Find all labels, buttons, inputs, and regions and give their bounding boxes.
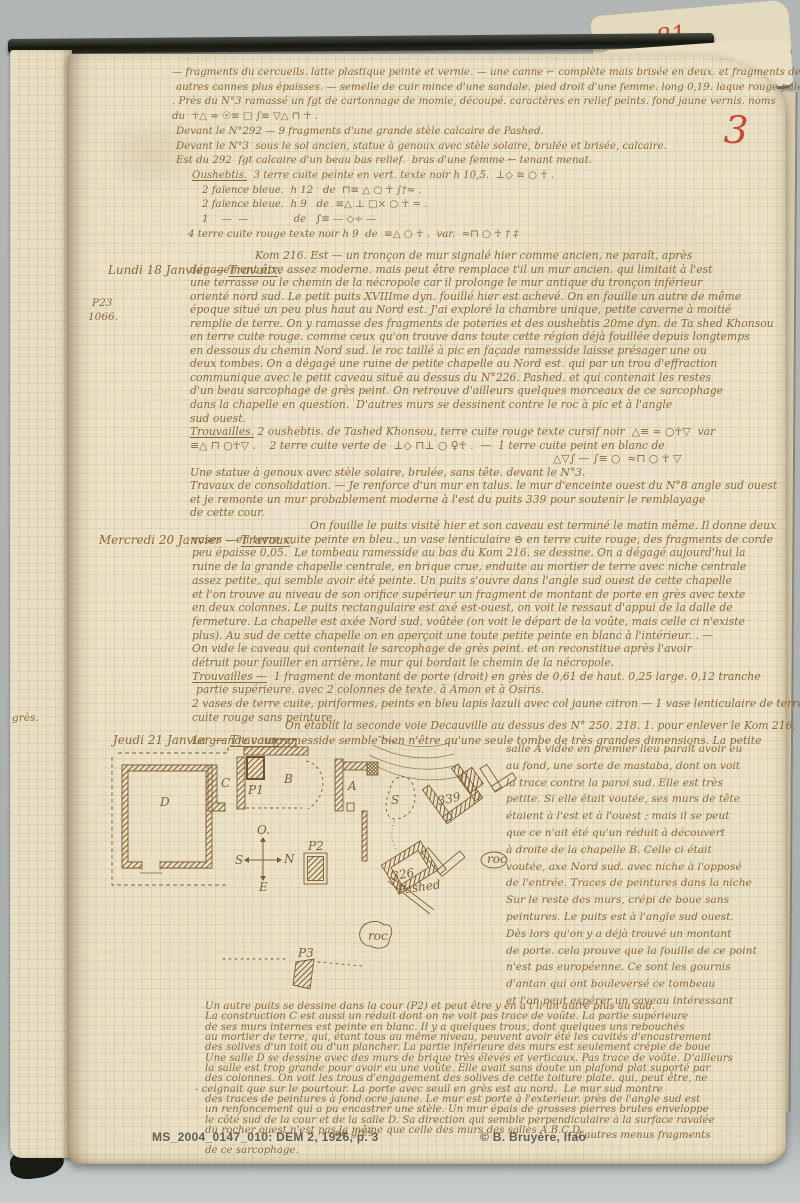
- manuscript-line: Trouvailles — 1 fragment de montant de p…: [192, 670, 800, 684]
- manuscript-line: de l'entrée. Traces de peintures dans la…: [506, 875, 757, 892]
- manuscript-line: au fond, une sorte de mastaba, dont on v…: [506, 758, 757, 775]
- margin-note-plate: P23: [92, 297, 112, 309]
- manuscript-line: que ce n'ait été qu'un réduit à découver…: [506, 825, 757, 842]
- manuscript-line: On fouille le puits visité hier et son c…: [192, 519, 800, 533]
- pit-p1-label: P1: [247, 783, 264, 797]
- manuscript-line: Travaux de consolidation. — Je renforce …: [190, 479, 777, 493]
- handwriting-fragment: d'autres menus fragments: [575, 1130, 711, 1141]
- rock-label-1: roc: [368, 929, 388, 943]
- left-page-edge: [10, 50, 72, 1158]
- compass-north-label: N: [283, 852, 295, 866]
- manuscript-line: ≡△ ⊓ ○☥▽ . 2 terre cuite verte de ⊥◇ ⊓⊥ …: [190, 439, 777, 453]
- manuscript-line: plus). Au sud de cette chapelle on en ap…: [192, 629, 800, 643]
- manuscript-line: communique avec le petit caveau situé au…: [190, 371, 777, 385]
- manuscript-line: en deux colonnes. Le puits rectangulaire…: [192, 601, 800, 615]
- manuscript-line: △▽∫ — ∫≡ ○ ≈⊓ ○ ☥ ▽: [190, 452, 777, 466]
- handwriting-fragment: de ce sarcophage.: [205, 1145, 299, 1156]
- manuscript-line: autres cannes plus épaisses. — semelle d…: [172, 81, 800, 96]
- left-page-margin-word: grès.: [12, 712, 39, 724]
- manuscript-line: fermeture. La chapelle est axée Nord sud…: [192, 615, 800, 629]
- room-c-label: C: [221, 776, 230, 790]
- manuscript-line: à droite de la chapelle B. Celle ci étai…: [506, 842, 757, 859]
- manuscript-line: salle A vidée en premier lieu paraît avo…: [506, 741, 757, 758]
- manuscript-line: vases ⌣ en terre cuite peinte en bleu., …: [192, 533, 800, 547]
- room-b-apse: [306, 761, 323, 809]
- manuscript-line: Une statue à genoux avec stèle solaire, …: [190, 466, 777, 480]
- room-b-label: B: [283, 772, 293, 786]
- manuscript-line: époque situé un peu plus haut au Nord es…: [190, 303, 777, 317]
- manuscript-line: 1 — — de ∫≡ — ◇÷ —: [172, 213, 800, 228]
- manuscript-line: et je remonte un mur probablement modern…: [190, 493, 777, 507]
- copyright-stamp: © B. Bruyère, Ifao: [480, 1130, 586, 1144]
- manuscript-line: On vide le caveau qui contenait le sarco…: [192, 642, 800, 656]
- entry-jeudi-continuation: Un autre puits se dessine dans la cour (…: [205, 1002, 733, 1136]
- room-a-label: A: [347, 779, 357, 793]
- manuscript-line: Trouvailles. 2 oushebtis. de Tashed Khon…: [190, 425, 777, 439]
- compass-south-label: S: [235, 853, 243, 867]
- manuscript-line: petite. Si elle était voutée, ses murs d…: [506, 791, 757, 808]
- compass-west-label: O.: [257, 823, 270, 837]
- manuscript-line: Sur le reste des murs, crépi de boue san…: [506, 892, 757, 909]
- manuscript-line: Dès lors qu'on y a déjà trouvé un montan…: [506, 926, 757, 943]
- manuscript-line: . Près du N°3 ramassé un fgt de cartonna…: [172, 95, 800, 110]
- manuscript-line: assez petite, qui semble avoir été peint…: [192, 574, 800, 588]
- manuscript-line: de porte. cela prouve que la fouille de …: [506, 943, 757, 960]
- manuscript-line: sud ouest.: [190, 412, 777, 426]
- manuscript-line: d'un beau sarcophage de grès peint. On r…: [190, 384, 777, 398]
- manuscript-line: étaient à l'est et à l'ouest ; mais il s…: [506, 808, 757, 825]
- manuscript-line: 2 faïence bleue. h 12 de ⊓≡ △ ○ ☥ ∫†≈ .: [172, 184, 800, 199]
- manuscript-line: une terrasse ou le chemin de la nécropol…: [190, 276, 777, 290]
- entry-lundi-body: Kom 216. Est — un tronçon de mur signalé…: [190, 249, 777, 520]
- manuscript-line: peintures. Le puits est à l'angle sud ou…: [506, 909, 757, 926]
- pit-p3-shape: [293, 959, 314, 989]
- manuscript-line: détruit pour fouiller en arrière, le mur…: [192, 656, 800, 670]
- manuscript-line: en dessous du chemin Nord sud. le roc ta…: [190, 344, 777, 358]
- manuscript-line: dans la chapelle en question. D'autres m…: [190, 398, 777, 412]
- pit-p2-label: P2: [307, 839, 324, 853]
- margin-note-inventory: 1066.: [88, 311, 118, 323]
- manuscript-line: de cette cour.: [190, 506, 777, 520]
- pit-p3-label: P3: [297, 946, 314, 960]
- manuscript-line: 4 terre cuite rouge texte noir h 9 de ≡△…: [172, 228, 800, 243]
- manuscript-line: Est du 292 fgt calcaire d'un beau bas re…: [172, 154, 800, 169]
- compass-east-label: E: [258, 880, 268, 894]
- notebook-photo: 81 grès. 3 — fragments du cercueils. lat…: [0, 0, 800, 1203]
- room-d-label: D: [159, 795, 170, 809]
- entry-mercredi-body: On fouille le puits visité hier et son c…: [192, 519, 800, 725]
- manuscript-line: partie supérieure. avec 2 colonnes de te…: [192, 683, 800, 697]
- manuscript-line: Devant le N°292 — 9 fragments d'une gran…: [172, 125, 800, 140]
- manuscript-line: deux tombes. On a dégagé une ruine de pe…: [190, 357, 777, 371]
- entry-jeudi-right-column: salle A vidée en premier lieu paraît avo…: [506, 741, 757, 1010]
- manuscript-line: la trace contre la paroi sud. Elle est t…: [506, 775, 757, 792]
- terrain-contours: [369, 736, 462, 780]
- room-a-wall: [335, 759, 343, 811]
- manuscript-line: 2 vases de terre cuite, piriformes, pein…: [192, 697, 800, 711]
- rock-label-2: roc: [487, 852, 507, 866]
- entry-finds-notes: — fragments du cercueils. latte plastiqu…: [172, 66, 800, 242]
- manuscript-line: On établit la seconde voie Decauville au…: [192, 719, 796, 734]
- manuscript-line: 2 faïence bleue. h 9 de ≡△ ⊥ □× ○ ☥ = .: [172, 198, 800, 213]
- manuscript-line: voutée, axe Nord sud. avec niche à l'opp…: [506, 859, 757, 876]
- manuscript-line: Oushebtis. 3 terre cuite peinte en vert.…: [172, 169, 800, 184]
- manuscript-line: dégagement être assez moderne. mais peut…: [190, 263, 777, 277]
- site-plan-sketch: D C B A P1 P2 P3 S 339 326 Pashed roc ro…: [78, 733, 523, 1005]
- manuscript-line: n'est pas européenne. Ce sont les gourni…: [506, 959, 757, 976]
- manuscript-line: orienté nord sud. Le petit puits XVIIIme…: [190, 290, 777, 304]
- manuscript-line: d'antan qui ont bouleversé ce tombeau: [506, 976, 757, 993]
- manuscript-line: — fragments du cercueils. latte plastiqu…: [172, 66, 800, 81]
- compass-cross: [245, 838, 281, 880]
- manuscript-line: Kom 216. Est — un tronçon de mur signalé…: [190, 249, 777, 263]
- manuscript-line: en terre cuite rouge. comme ceux qu'on t…: [190, 330, 777, 344]
- manuscript-line: peu épaisse 0,05. Le tombeau ramesside a…: [192, 546, 800, 560]
- manuscript-line: du ☥△ ≈ ☉≡ □ ∫≡ ▽△ ⊓ ☥ .: [172, 110, 800, 125]
- manuscript-line: remplie de terre. On y ramasse des fragm…: [190, 317, 777, 331]
- manuscript-page: 3 — fragments du cercueils. latte plasti…: [68, 54, 786, 1164]
- manuscript-line: Devant le N°3 sous le sol ancien, statue…: [172, 140, 800, 155]
- area-s-label: S: [391, 793, 399, 807]
- pit-p1-shape: [247, 757, 264, 779]
- room-d-walls: [122, 765, 212, 868]
- plan-walls: [112, 736, 516, 989]
- archive-stamp-id: MS_2004_0147_010: DEM 2, 1926, p. 3: [152, 1130, 379, 1144]
- manuscript-line: ruine de la grande chapelle centrale, en…: [192, 560, 800, 574]
- manuscript-line: et l'on trouve au niveau de son orifice …: [192, 588, 800, 602]
